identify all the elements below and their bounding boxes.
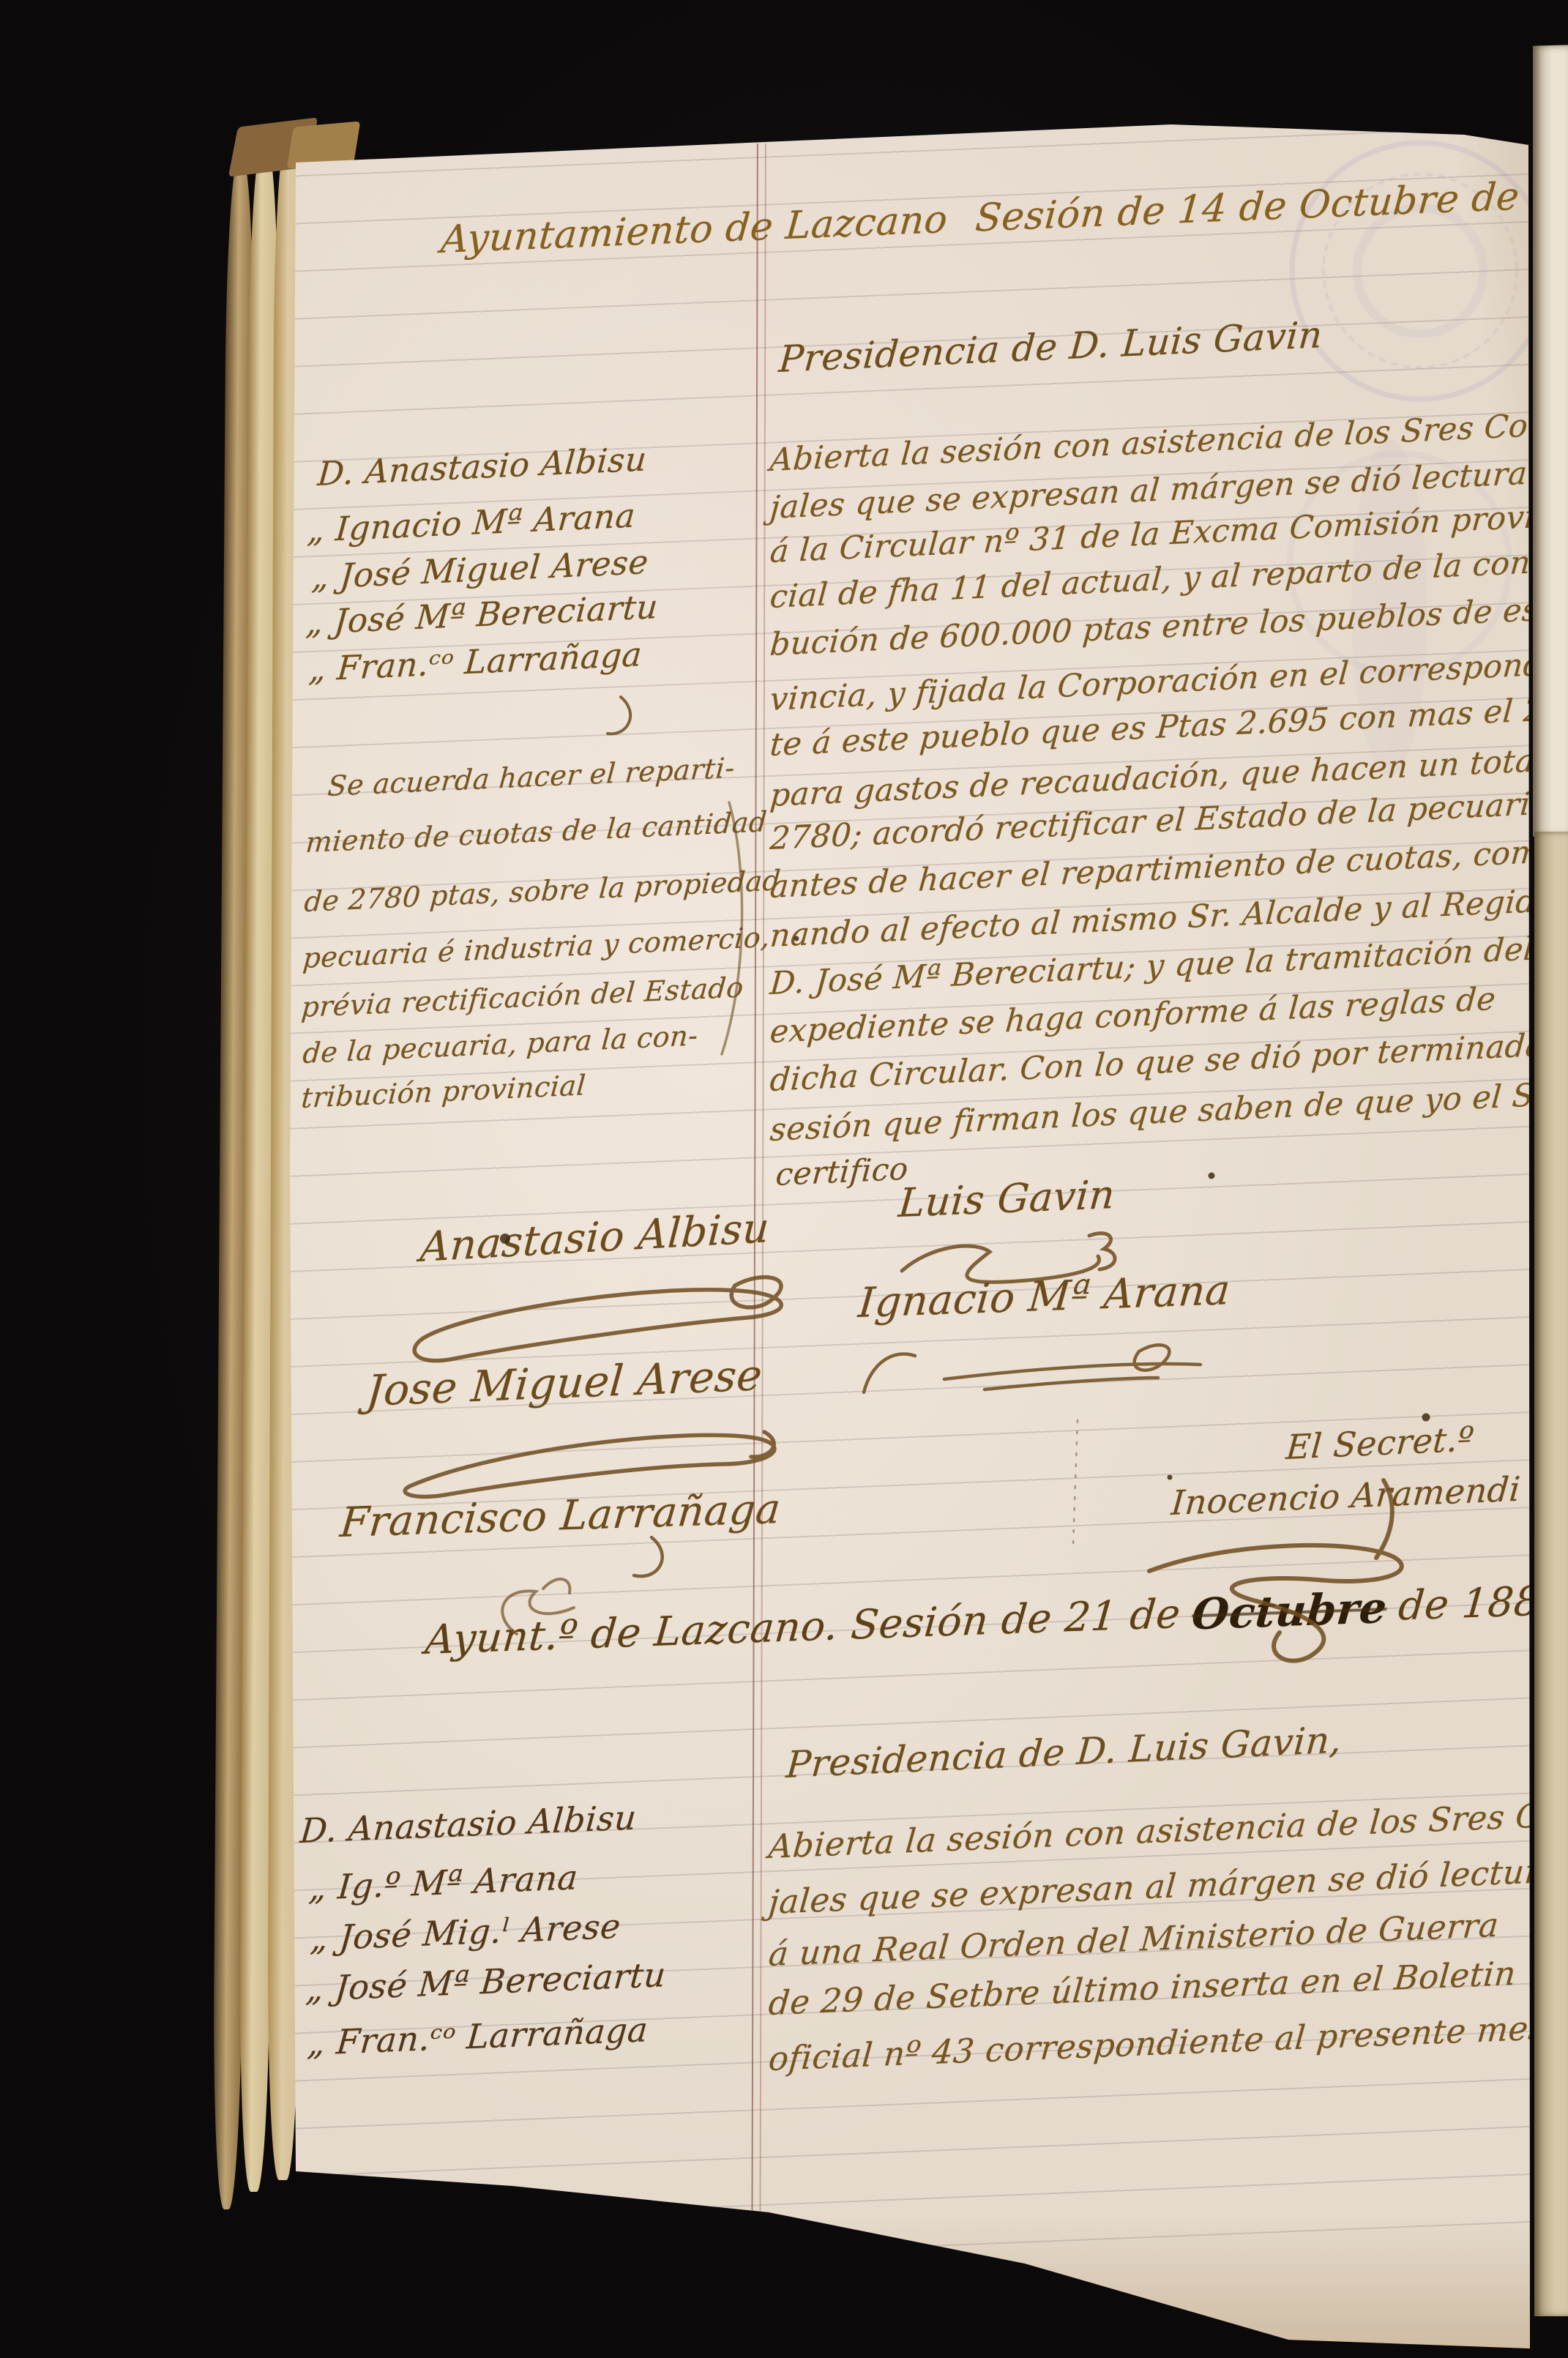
rubric-albisu [414, 1277, 781, 1361]
rubric-gavin [902, 1234, 1115, 1283]
book-photo: Ayuntamiento de Lazcano Sesión de 14 de … [0, 0, 1568, 2358]
next-page-edge [1534, 832, 1568, 2316]
margin-note-bracket [722, 802, 742, 1054]
ink-blot [1168, 1475, 1173, 1480]
ink-blot [794, 936, 799, 941]
rubric-arese [405, 1432, 774, 1496]
ink-blot [1422, 1414, 1430, 1422]
rubric-secretary [1149, 1480, 1402, 1661]
ink-blot [1209, 1173, 1215, 1179]
margin-name-flourish [608, 697, 630, 734]
ink-blot [500, 1234, 510, 1244]
rubric-larranaga [634, 1537, 662, 1576]
crease-dotted-line [1073, 1420, 1078, 1545]
rubric-arana [864, 1345, 1201, 1392]
next-page-edge [1533, 45, 1568, 836]
stray-squiggle [502, 1579, 574, 1634]
